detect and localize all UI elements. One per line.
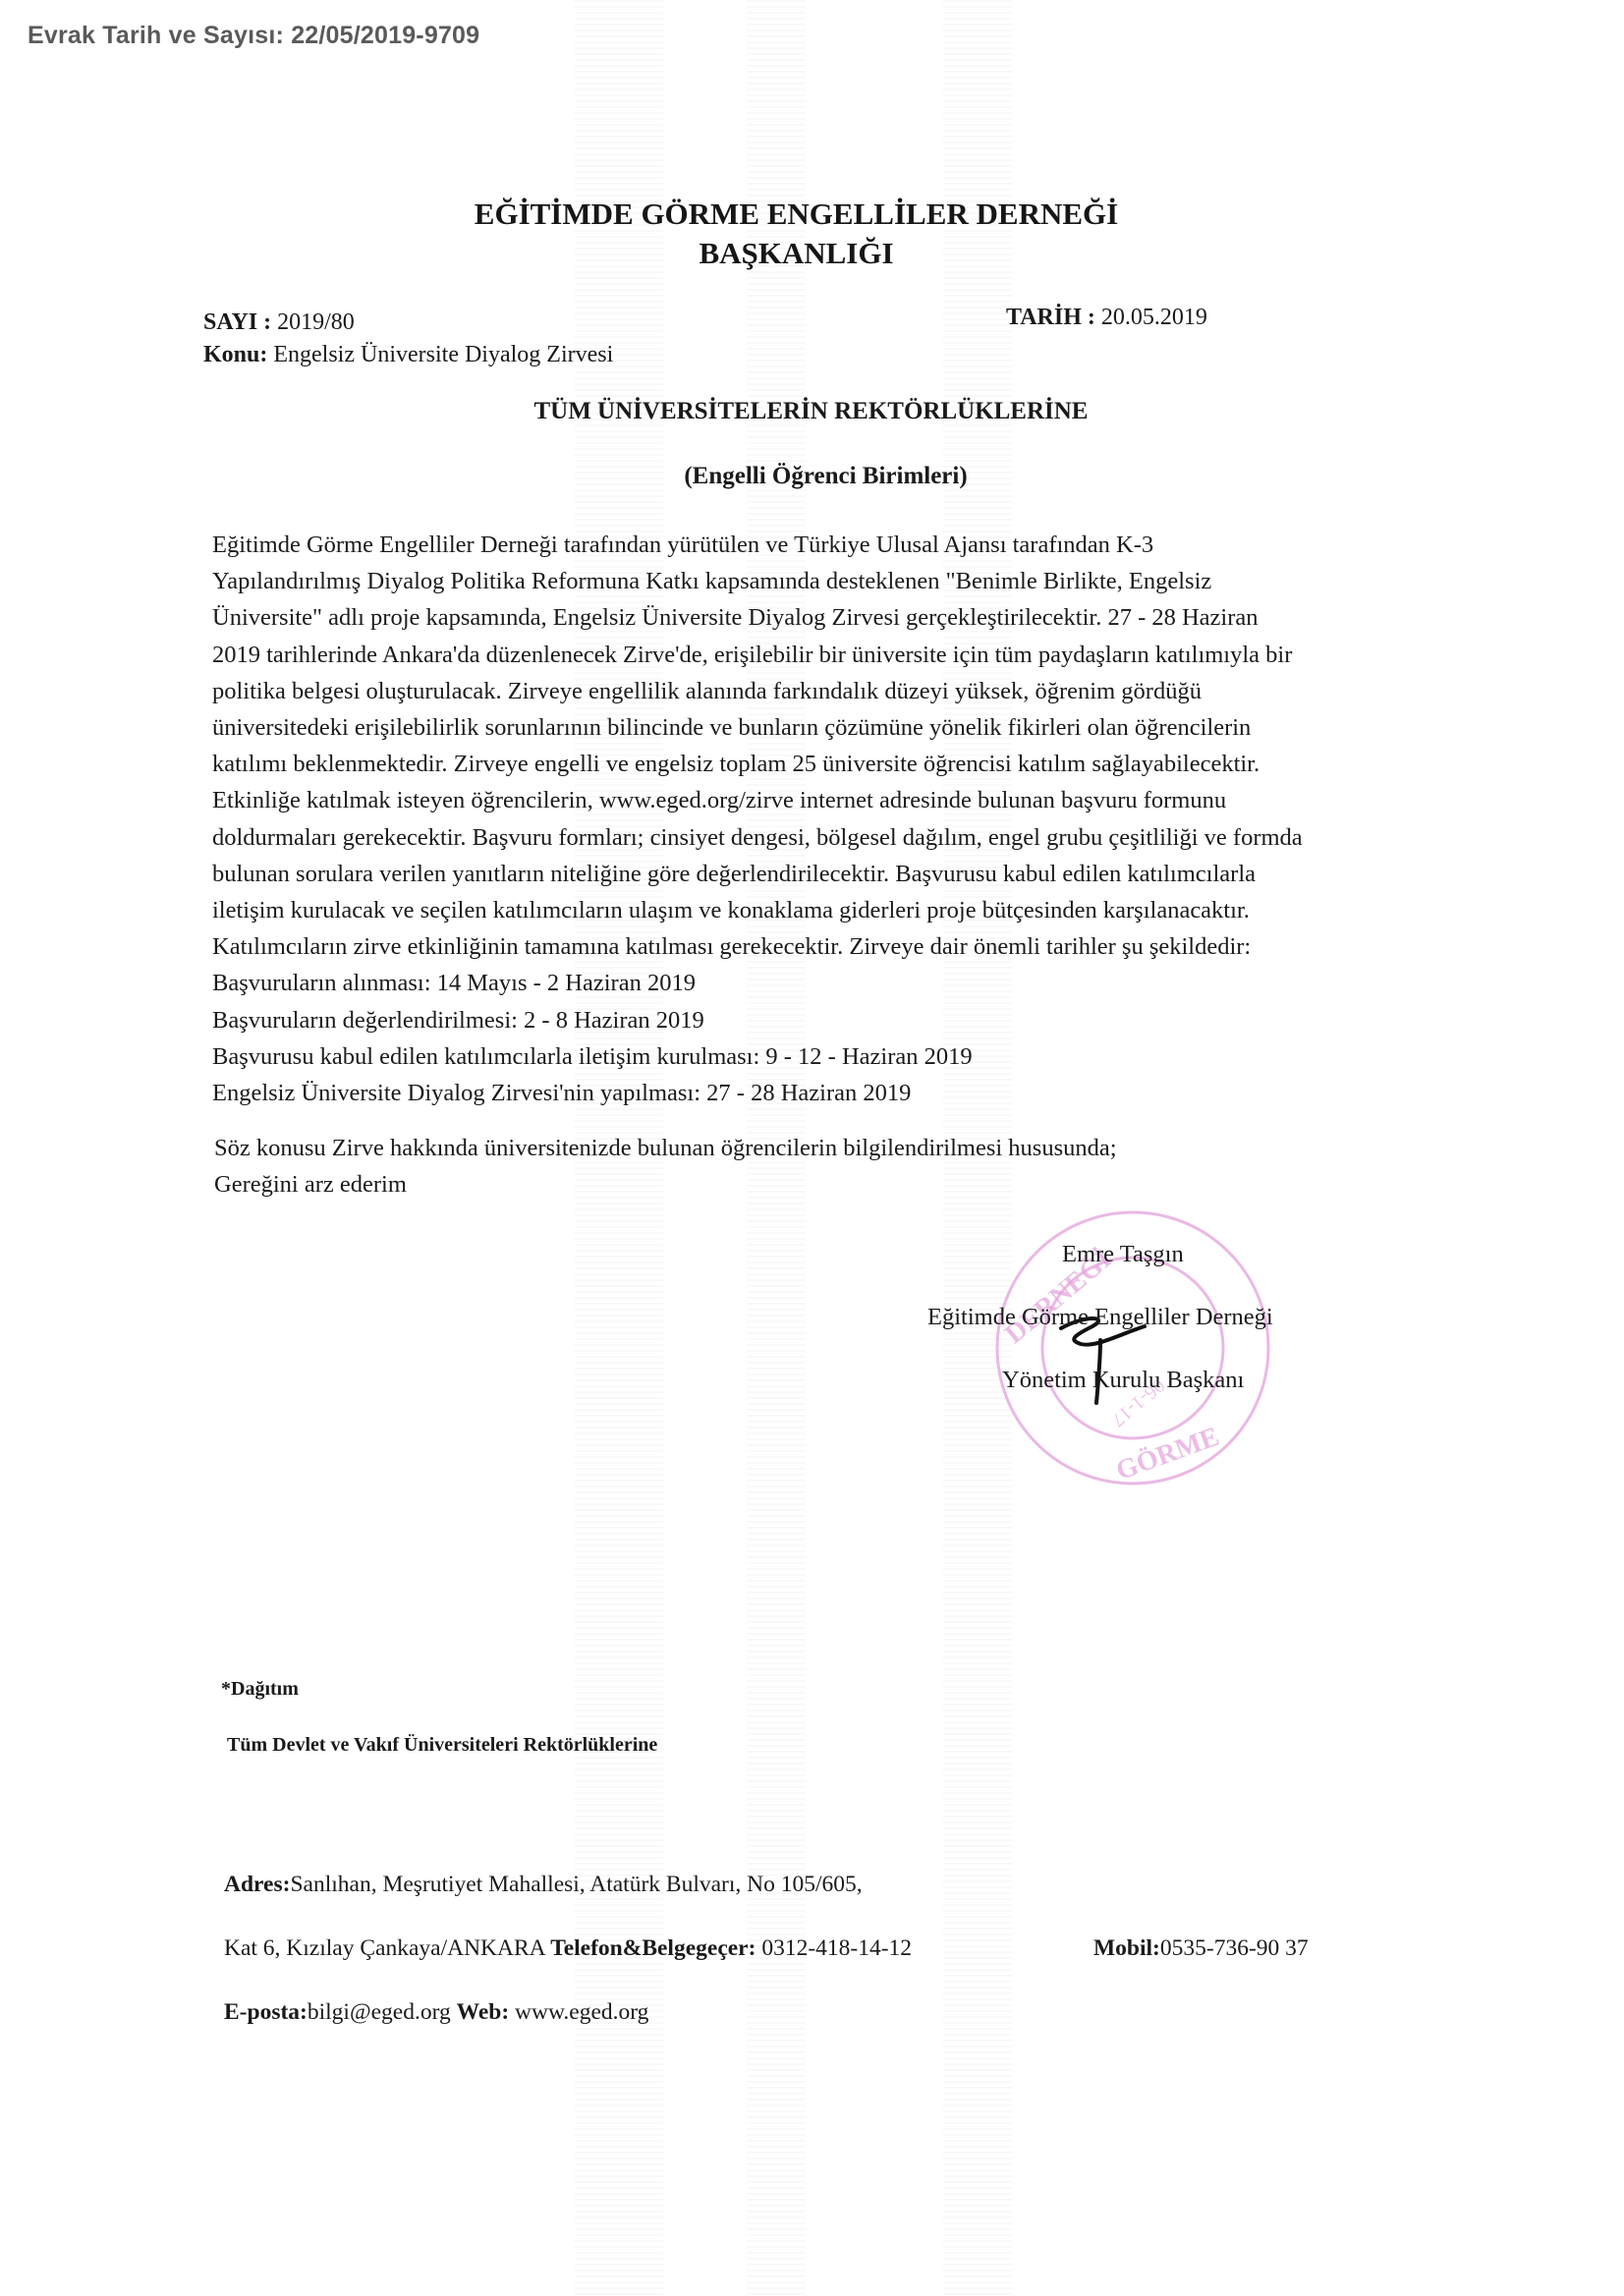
address-line-1: Adres:Sanlıhan, Meşrutiyet Mahallesi, At… [224, 1853, 912, 1917]
email-link[interactable]: bilgi@eged.org [308, 1999, 451, 2025]
body-line: 2019 tarihlerinde Ankara'da düzenlenecek… [212, 637, 1342, 673]
important-date-item: Başvurusu kabul edilen katılımcılarla il… [212, 1038, 1342, 1075]
body-line: doldurmaları gerekecektir. Başvuru forml… [212, 819, 1342, 856]
mobile-value: 0535-736-90 37 [1160, 1935, 1309, 1961]
body-line: üniversitedeki erişilebilirlik sorunları… [212, 709, 1342, 746]
document-number-value: 2019/80 [277, 309, 355, 335]
body-line: Etkinliğe katılmak isteyen öğrencilerin,… [212, 782, 1342, 818]
document-date: TARİH : 20.05.2019 [1006, 302, 1207, 334]
document-date-value: 20.05.2019 [1101, 305, 1207, 330]
document-subject: Konu: Engelsiz Üniversite Diyalog Zirves… [203, 339, 613, 371]
document-subject-value: Engelsiz Üniversite Diyalog Zirvesi [273, 342, 613, 367]
organization-name: EĞİTİMDE GÖRME ENGELLİLER DERNEĞİ [0, 195, 1608, 234]
signatory-name: Emre Taşgın [1062, 1223, 1184, 1286]
email-web-line: E-posta:bilgi@eged.org Web: www.eged.org [224, 1981, 912, 2044]
address-line-2: Kat 6, Kızılay Çankaya/ANKARA Telefon&Be… [224, 1917, 912, 1981]
body-line: iletişim kurulacak ve seçilen katılımcıl… [212, 892, 1342, 928]
closing-request: Söz konusu Zirve hakkında üniversitenizd… [214, 1130, 1117, 1166]
document-registry-stamp: Evrak Tarih ve Sayısı: 22/05/2019-9709 [28, 22, 479, 50]
document-number-label: SAYI : [203, 309, 271, 335]
phone-value: 0312-418-14-12 [761, 1935, 912, 1961]
body-line: Katılımcıların zirve etkinliğinin tamamı… [212, 928, 1342, 965]
body-line: bulunan sorulara verilen yanıtların nite… [212, 856, 1342, 892]
document-meta: SAYI : 2019/80 Konu: Engelsiz Üniversite… [203, 307, 613, 371]
signatory-title: Yönetim Kurulu Başkanı [1002, 1349, 1244, 1412]
important-date-item: Engelsiz Üniversite Diyalog Zirvesi'nin … [212, 1075, 1342, 1111]
body-line: Yapılandırılmış Diyalog Politika Reformu… [212, 563, 1342, 599]
signatory-organization: Eğitimde Görme Engelliler Derneği [927, 1286, 1273, 1349]
recipient-title: TÜM ÜNİVERSİTELERİN REKTÖRLÜKLERİNE [0, 398, 1623, 425]
document-date-label: TARİH : [1006, 305, 1095, 330]
email-label: E-posta: [224, 1999, 308, 2025]
phone-label: Telefon&Belgegeçer: [550, 1935, 756, 1961]
distribution-recipients: Tüm Devlet ve Vakıf Üniversiteleri Rektö… [227, 1734, 657, 1757]
address-city: Kat 6, Kızılay Çankaya/ANKARA [224, 1935, 544, 1961]
distribution-label: *Dağıtım [221, 1678, 299, 1701]
registry-label: Evrak Tarih ve Sayısı: [28, 22, 284, 49]
letter-body: Eğitimde Görme Engelliler Derneği tarafı… [212, 527, 1342, 1111]
organization-title: EĞİTİMDE GÖRME ENGELLİLER DERNEĞİ BAŞKAN… [0, 195, 1608, 273]
web-link[interactable]: www.eged.org [515, 1999, 648, 2025]
important-date-item: Başvuruların alınması: 14 Mayıs - 2 Hazi… [212, 965, 1342, 1001]
address-value: Sanlıhan, Meşrutiyet Mahallesi, Atatürk … [290, 1872, 862, 1897]
svg-text:GÖRME: GÖRME [1112, 1422, 1223, 1486]
body-line: politika belgesi oluşturulacak. Zirveye … [212, 673, 1342, 709]
mobile-label: Mobil: [1093, 1935, 1160, 1961]
organization-presidency: BAŞKANLIĞI [0, 234, 1608, 273]
web-label: Web: [457, 1999, 510, 2025]
recipient-subtitle: (Engelli Öğrenci Birimleri) [14, 463, 1624, 490]
mobile-contact: Mobil:0535-736-90 37 [1093, 1917, 1309, 1981]
closing-formula: Gereğini arz ederim [214, 1166, 1117, 1203]
body-line: Eğitimde Görme Engelliler Derneği tarafı… [212, 527, 1342, 563]
registry-value: 22/05/2019-9709 [291, 22, 479, 49]
document-number: SAYI : 2019/80 [203, 307, 613, 339]
letter-closing: Söz konusu Zirve hakkında üniversitenizd… [214, 1130, 1117, 1203]
body-line: katılımı beklenmektedir. Zirveye engelli… [212, 746, 1342, 782]
address-label: Adres: [224, 1872, 290, 1897]
important-date-item: Başvuruların değerlendirilmesi: 2 - 8 Ha… [212, 1002, 1342, 1038]
document-subject-label: Konu: [203, 342, 267, 367]
body-line: Üniversite" adlı proje kapsamında, Engel… [212, 599, 1342, 636]
contact-footer: Adres:Sanlıhan, Meşrutiyet Mahallesi, At… [224, 1853, 912, 2044]
